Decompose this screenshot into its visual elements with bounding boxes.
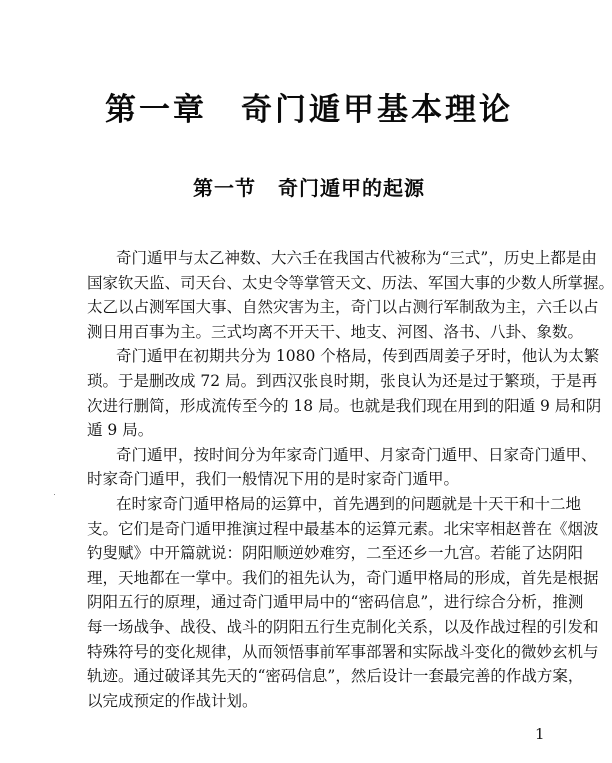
text-line: 奇门遁甲，按时间分为年家奇门遁甲、月家奇门遁甲、日家奇门遁甲、: [87, 443, 555, 468]
text-line: 以完成预定的作战计划。: [87, 689, 555, 714]
text-line: 测日用百事为主。三式均离不开天干、地支、河图、洛书、八卦、象数。: [87, 320, 555, 345]
text-line: 轨迹。通过破译其先天的“密码信息”，然后设计一套最完善的作战方案，: [87, 664, 555, 689]
text-line: 遁 9 局。: [87, 418, 555, 443]
text-line: 理，天地都在一掌中。我们的祖先认为，奇门遁甲格局的形成，首先是根据: [87, 566, 555, 591]
text-line: 奇门遁甲在初期共分为 1080 个格局，传到西周姜子牙时，他认为太繁: [87, 344, 555, 369]
section-number: 第一节: [193, 176, 256, 200]
text-line: 每一场战争、战役、战斗的阴阳五行生克制化关系，以及作战过程的引发和: [87, 615, 555, 640]
text-line: 琐。于是删改成 72 局。到西汉张良时期，张良认为还是过于繁琐，于是再: [87, 369, 555, 394]
paragraph-3: 奇门遁甲，按时间分为年家奇门遁甲、月家奇门遁甲、日家奇门遁甲、 时家奇门遁甲，我…: [87, 443, 555, 492]
paragraph-2: 奇门遁甲在初期共分为 1080 个格局，传到西周姜子牙时，他认为太繁 琐。于是删…: [87, 344, 555, 442]
body-text: 奇门遁甲与太乙神数、大六壬在我国古代被称为“三式”，历史上都是由 国家钦天监、司…: [87, 246, 555, 713]
section-title: 第一节奇门遁甲的起源: [0, 174, 612, 202]
text-line: 国家钦天监、司天台、太史令等掌管天文、历法、军国大事的少数人所掌握。: [87, 271, 555, 296]
text-line: 奇门遁甲与太乙神数、大六壬在我国古代被称为“三式”，历史上都是由: [87, 246, 555, 271]
scan-speck: [54, 494, 55, 495]
text-line: 支。它们是奇门遁甲推演过程中最基本的运算元素。北宋宰相赵普在《烟波: [87, 517, 555, 542]
text-line: 钓叟赋》中开篇就说：阴阳顺逆妙难穷，二至还乡一九宫。若能了达阴阳: [87, 541, 555, 566]
paragraph-4: 在时家奇门遁甲格局的运算中，首先遇到的问题就是十天干和十二地 支。它们是奇门遁甲…: [87, 492, 555, 713]
paragraph-1: 奇门遁甲与太乙神数、大六壬在我国古代被称为“三式”，历史上都是由 国家钦天监、司…: [87, 246, 555, 344]
text-line: 太乙以占测军国大事、自然灾害为主，奇门以占测行军制敌为主，六壬以占: [87, 295, 555, 320]
section-title-text: 奇门遁甲的起源: [278, 176, 425, 200]
text-line: 特殊符号的变化规律，从而领悟事前军事部署和实际战斗变化的微妙玄机与: [87, 640, 555, 665]
page-number: 1: [535, 725, 545, 743]
text-line: 时家奇门遁甲，我们一般情况下用的是时家奇门遁甲。: [87, 467, 555, 492]
scan-speck: [169, 633, 170, 634]
text-line: 阴阳五行的原理，通过奇门遁甲局中的“密码信息”，进行综合分析，推测: [87, 590, 555, 615]
text-line: 次进行删简，形成流传至今的 18 局。也就是我们现在用到的阳遁 9 局和阴: [87, 394, 555, 419]
chapter-title: 第一章奇门遁甲基本理论: [0, 90, 612, 130]
text-line: 在时家奇门遁甲格局的运算中，首先遇到的问题就是十天干和十二地: [87, 492, 555, 517]
chapter-number: 第一章: [105, 92, 207, 128]
chapter-title-text: 奇门遁甲基本理论: [241, 92, 513, 128]
